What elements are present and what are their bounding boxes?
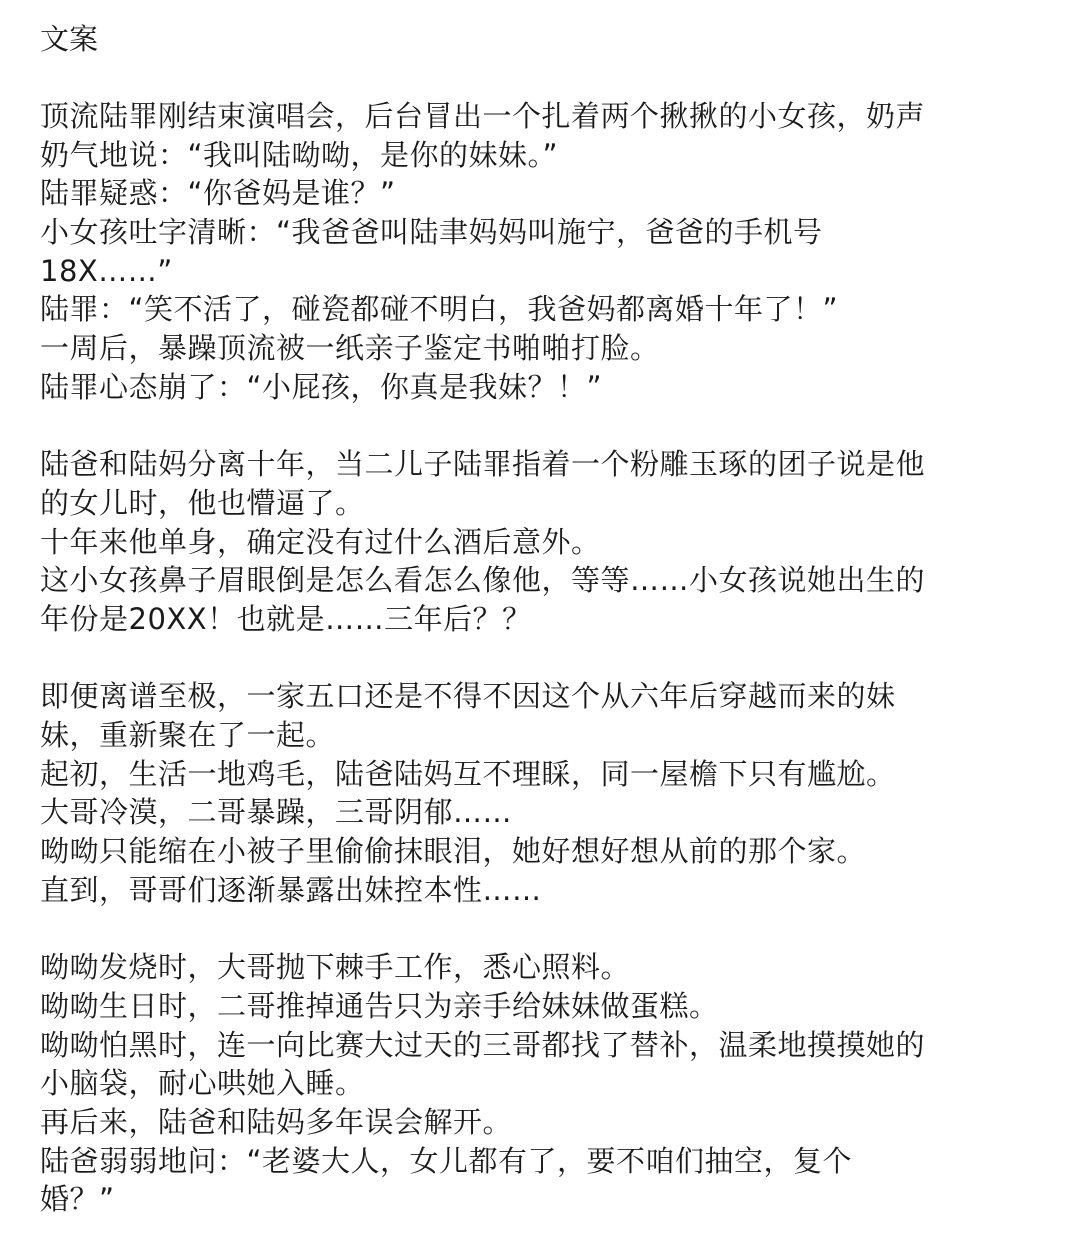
text-line: 十年来他单身，确定没有过什么酒后意外。 [40, 523, 1050, 562]
text-line: 这小女孩鼻子眉眼倒是怎么看怎么像他，等等……小女孩说她出生的 [40, 561, 1050, 600]
text-line: 直到，哥哥们逐渐暴露出妹控本性…… [40, 871, 1050, 910]
text-line: 妹，重新聚在了一起。 [40, 716, 1050, 755]
text-line: 小女孩吐字清晰：“我爸爸叫陆聿妈妈叫施宁，爸爸的手机号 [40, 213, 1050, 252]
text-line: 陆罪心态崩了：“小屁孩，你真是我妹？！” [40, 368, 1050, 407]
text-line: 陆罪：“笑不活了，碰瓷都碰不明白，我爸妈都离婚十年了！” [40, 290, 1050, 329]
text-line: 一周后，暴躁顶流被一纸亲子鉴定书啪啪打脸。 [40, 329, 1050, 368]
text-line: 即便离谱至极，一家五口还是不得不因这个从六年后穿越而来的妹 [40, 677, 1050, 716]
text-line: 的女儿时，他也懵逼了。 [40, 484, 1050, 523]
text-line: 陆爸和陆妈分离十年，当二儿子陆罪指着一个粉雕玉琢的团子说是他 [40, 445, 1050, 484]
synopsis-document: 文案 顶流陆罪刚结束演唱会，后台冒出一个扎着两个揪揪的小女孩，奶声 奶气地说：“… [40, 19, 1050, 1219]
text-line: 陆爸弱弱地问：“老婆大人，女儿都有了，要不咱们抽空，复个 [40, 1142, 1050, 1181]
text-line: 呦呦生日时，二哥推掉通告只为亲手给妹妹做蛋糕。 [40, 987, 1050, 1026]
text-line: 再后来，陆爸和陆妈多年误会解开。 [40, 1103, 1050, 1142]
document-title: 文案 [40, 19, 1050, 59]
text-line: 呦呦怕黑时，连一向比赛大过天的三哥都找了替补，温柔地摸摸她的 [40, 1026, 1050, 1065]
paragraph-spacer [40, 407, 1050, 446]
text-line: 年份是20XX！也就是……三年后？？ [40, 600, 1050, 639]
text-line: 大哥冷漠，二哥暴躁，三哥阴郁…… [40, 793, 1050, 832]
text-line: 呦呦发烧时，大哥抛下棘手工作，悉心照料。 [40, 948, 1050, 987]
text-line: 婚？” [40, 1180, 1050, 1219]
text-line: 起初，生活一地鸡毛，陆爸陆妈互不理睬，同一屋檐下只有尴尬。 [40, 755, 1050, 794]
paragraph-4: 呦呦发烧时，大哥抛下棘手工作，悉心照料。 呦呦生日时，二哥推掉通告只为亲手给妹妹… [40, 948, 1050, 1219]
text-line: 小脑袋，耐心哄她入睡。 [40, 1064, 1050, 1103]
text-line: 顶流陆罪刚结束演唱会，后台冒出一个扎着两个揪揪的小女孩，奶声 [40, 97, 1050, 136]
paragraph-1: 顶流陆罪刚结束演唱会，后台冒出一个扎着两个揪揪的小女孩，奶声 奶气地说：“我叫陆… [40, 97, 1050, 407]
paragraph-2: 陆爸和陆妈分离十年，当二儿子陆罪指着一个粉雕玉琢的团子说是他 的女儿时，他也懵逼… [40, 445, 1050, 638]
spacer [40, 59, 1050, 97]
paragraph-spacer [40, 639, 1050, 678]
paragraph-spacer [40, 909, 1050, 948]
text-line: 18X……” [40, 252, 1050, 291]
paragraph-3: 即便离谱至极，一家五口还是不得不因这个从六年后穿越而来的妹 妹，重新聚在了一起。… [40, 677, 1050, 909]
text-line: 陆罪疑惑：“你爸妈是谁？” [40, 174, 1050, 213]
text-line: 奶气地说：“我叫陆呦呦，是你的妹妹。” [40, 136, 1050, 175]
text-line: 呦呦只能缩在小被子里偷偷抹眼泪，她好想好想从前的那个家。 [40, 832, 1050, 871]
